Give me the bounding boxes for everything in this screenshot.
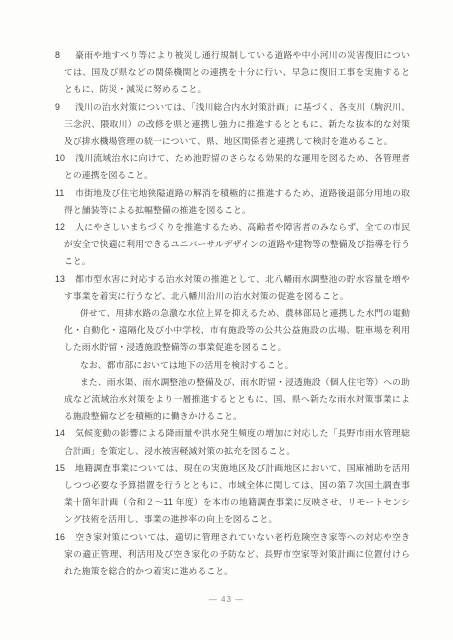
item-paragraph: 8豪雨や地すべり等により被災し通行規制している道路や中小河川の災害復旧については…: [64, 47, 410, 99]
item-number: 14: [55, 425, 75, 442]
item-number: 15: [55, 460, 75, 477]
item-text: 浅川の治水対策については、「浅川総合内水対策計画」に基づく、各支川（駒沢川、三念…: [64, 102, 410, 146]
item-number: 8: [55, 47, 75, 64]
list-item: 11市街地及び住宅地狭隘道路の解消を積極的に推進するため、道路後退部分用地の取得…: [64, 185, 410, 219]
item-number: 16: [55, 529, 75, 546]
list-item: 8豪雨や地すべり等により被災し通行規制している道路や中小河川の災害復旧については…: [64, 47, 410, 99]
item-paragraph: 12人にやさしいまちづくりを推進するため、高齢者や障害者のみならず、全ての市民が…: [64, 219, 410, 271]
page-number: — 43 —: [0, 595, 453, 604]
item-text: 浅川流域治水に向けて、ため池貯留のさらなる効果的な運用を図るため、各管理者との連…: [64, 153, 410, 180]
document-page: 8豪雨や地すべり等により被災し通行規制している道路や中小河川の災害復旧については…: [0, 0, 453, 640]
item-text: 豪雨や地すべり等により被災し通行規制している道路や中小河川の災害復旧については、…: [64, 50, 410, 94]
list-item: 14気候変動の影響による降雨量や洪水発生頻度の増加に対応した「長野市雨水管理総合…: [64, 425, 410, 459]
item-subparagraph: 併せて、用排水路の急激な水位上昇を抑えるため、農林部局と連携した水門の電動化・自…: [64, 305, 410, 357]
item-text: 空き家対策については、適切に管理されていない老朽危険空き家等への対応や空き家の適…: [64, 532, 410, 576]
list-item: 9浅川の治水対策については、「浅川総合内水対策計画」に基づく、各支川（駒沢川、三…: [64, 99, 410, 151]
item-text: 市街地及び住宅地狭隘道路の解消を積極的に推進するため、道路後退部分用地の取得と舗…: [64, 188, 410, 215]
list-item: 16空き家対策については、適切に管理されていない老朽危険空き家等への対応や空き家…: [64, 529, 410, 581]
item-text: 都市型水害に対応する治水対策の推進として、北八幡雨水調整池の貯水容量を増やす事業…: [64, 274, 410, 301]
item-paragraph: 10浅川流域治水に向けて、ため池貯留のさらなる効果的な運用を図るため、各管理者と…: [64, 150, 410, 184]
list-item: 13都市型水害に対応する治水対策の推進として、北八幡雨水調整池の貯水容量を増やす…: [64, 271, 410, 426]
list-item: 15地籍調査事業については、現在の実施地区及び計画地区において、国庫補助を活用し…: [64, 460, 410, 529]
list-item: 10浅川流域治水に向けて、ため池貯留のさらなる効果的な運用を図るため、各管理者と…: [64, 150, 410, 184]
item-paragraph: 13都市型水害に対応する治水対策の推進として、北八幡雨水調整池の貯水容量を増やす…: [64, 271, 410, 305]
list-item: 12人にやさしいまちづくりを推進するため、高齢者や障害者のみならず、全ての市民が…: [64, 219, 410, 271]
item-paragraph: 9浅川の治水対策については、「浅川総合内水対策計画」に基づく、各支川（駒沢川、三…: [64, 99, 410, 151]
item-paragraph: 11市街地及び住宅地狭隘道路の解消を積極的に推進するため、道路後退部分用地の取得…: [64, 185, 410, 219]
item-number: 11: [55, 185, 75, 202]
item-number: 12: [55, 219, 75, 236]
item-text: 地籍調査事業については、現在の実施地区及び計画地区において、国庫補助を活用しつつ…: [64, 463, 410, 525]
item-paragraph: 16空き家対策については、適切に管理されていない老朽危険空き家等への対応や空き家…: [64, 529, 410, 581]
item-number: 13: [55, 271, 75, 288]
item-text: 人にやさしいまちづくりを推進するため、高齢者や障害者のみならず、全ての市民が安全…: [64, 222, 410, 266]
item-number: 9: [55, 99, 75, 116]
item-text: 気候変動の影響による降雨量や洪水発生頻度の増加に対応した「長野市雨水管理総合計画…: [64, 428, 410, 455]
item-subparagraph: なお、都市部においては地下の活用を検討すること。: [64, 357, 410, 374]
item-paragraph: 14気候変動の影響による降雨量や洪水発生頻度の増加に対応した「長野市雨水管理総合…: [64, 425, 410, 459]
item-number: 10: [55, 150, 75, 167]
item-paragraph: 15地籍調査事業については、現在の実施地区及び計画地区において、国庫補助を活用し…: [64, 460, 410, 529]
document-body: 8豪雨や地すべり等により被災し通行規制している道路や中小河川の災害復旧については…: [64, 47, 410, 580]
item-subparagraph: また、雨水渠、雨水調整池の整備及び、雨水貯留・浸透施設（個人住宅等）への助成など…: [64, 374, 410, 426]
